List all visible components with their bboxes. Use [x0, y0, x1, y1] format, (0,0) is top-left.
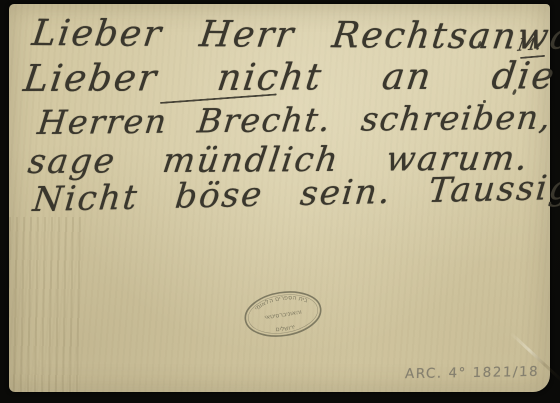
- library-oval-stamp: בית הספרים הלאומי והאוניברסיטאי ירושלים: [239, 284, 327, 344]
- archive-reference-number: ARC. 4° 1821/18: [405, 364, 540, 382]
- handwriting-line-1: Lieber Herr Rechtsanwalt.: [30, 13, 560, 58]
- stamp-text-bottom: ירושלים: [275, 323, 297, 334]
- handwriting-line-2: Lieber nicht an die: [21, 54, 558, 100]
- stamp-text-middle: והאוניברסיטאי: [264, 309, 302, 322]
- svg-text:ירושלים: ירושלים: [275, 323, 297, 334]
- ink-speck: [483, 100, 486, 103]
- margin-annotation: M.: [516, 34, 542, 56]
- handwritten-note-paper: Lieber Herr Rechtsanwalt. Lieber nicht a…: [9, 4, 550, 392]
- paper-texture-streaks: [9, 217, 81, 392]
- handwriting-line-3: Herren Brecht. schreiben, ich: [36, 97, 560, 142]
